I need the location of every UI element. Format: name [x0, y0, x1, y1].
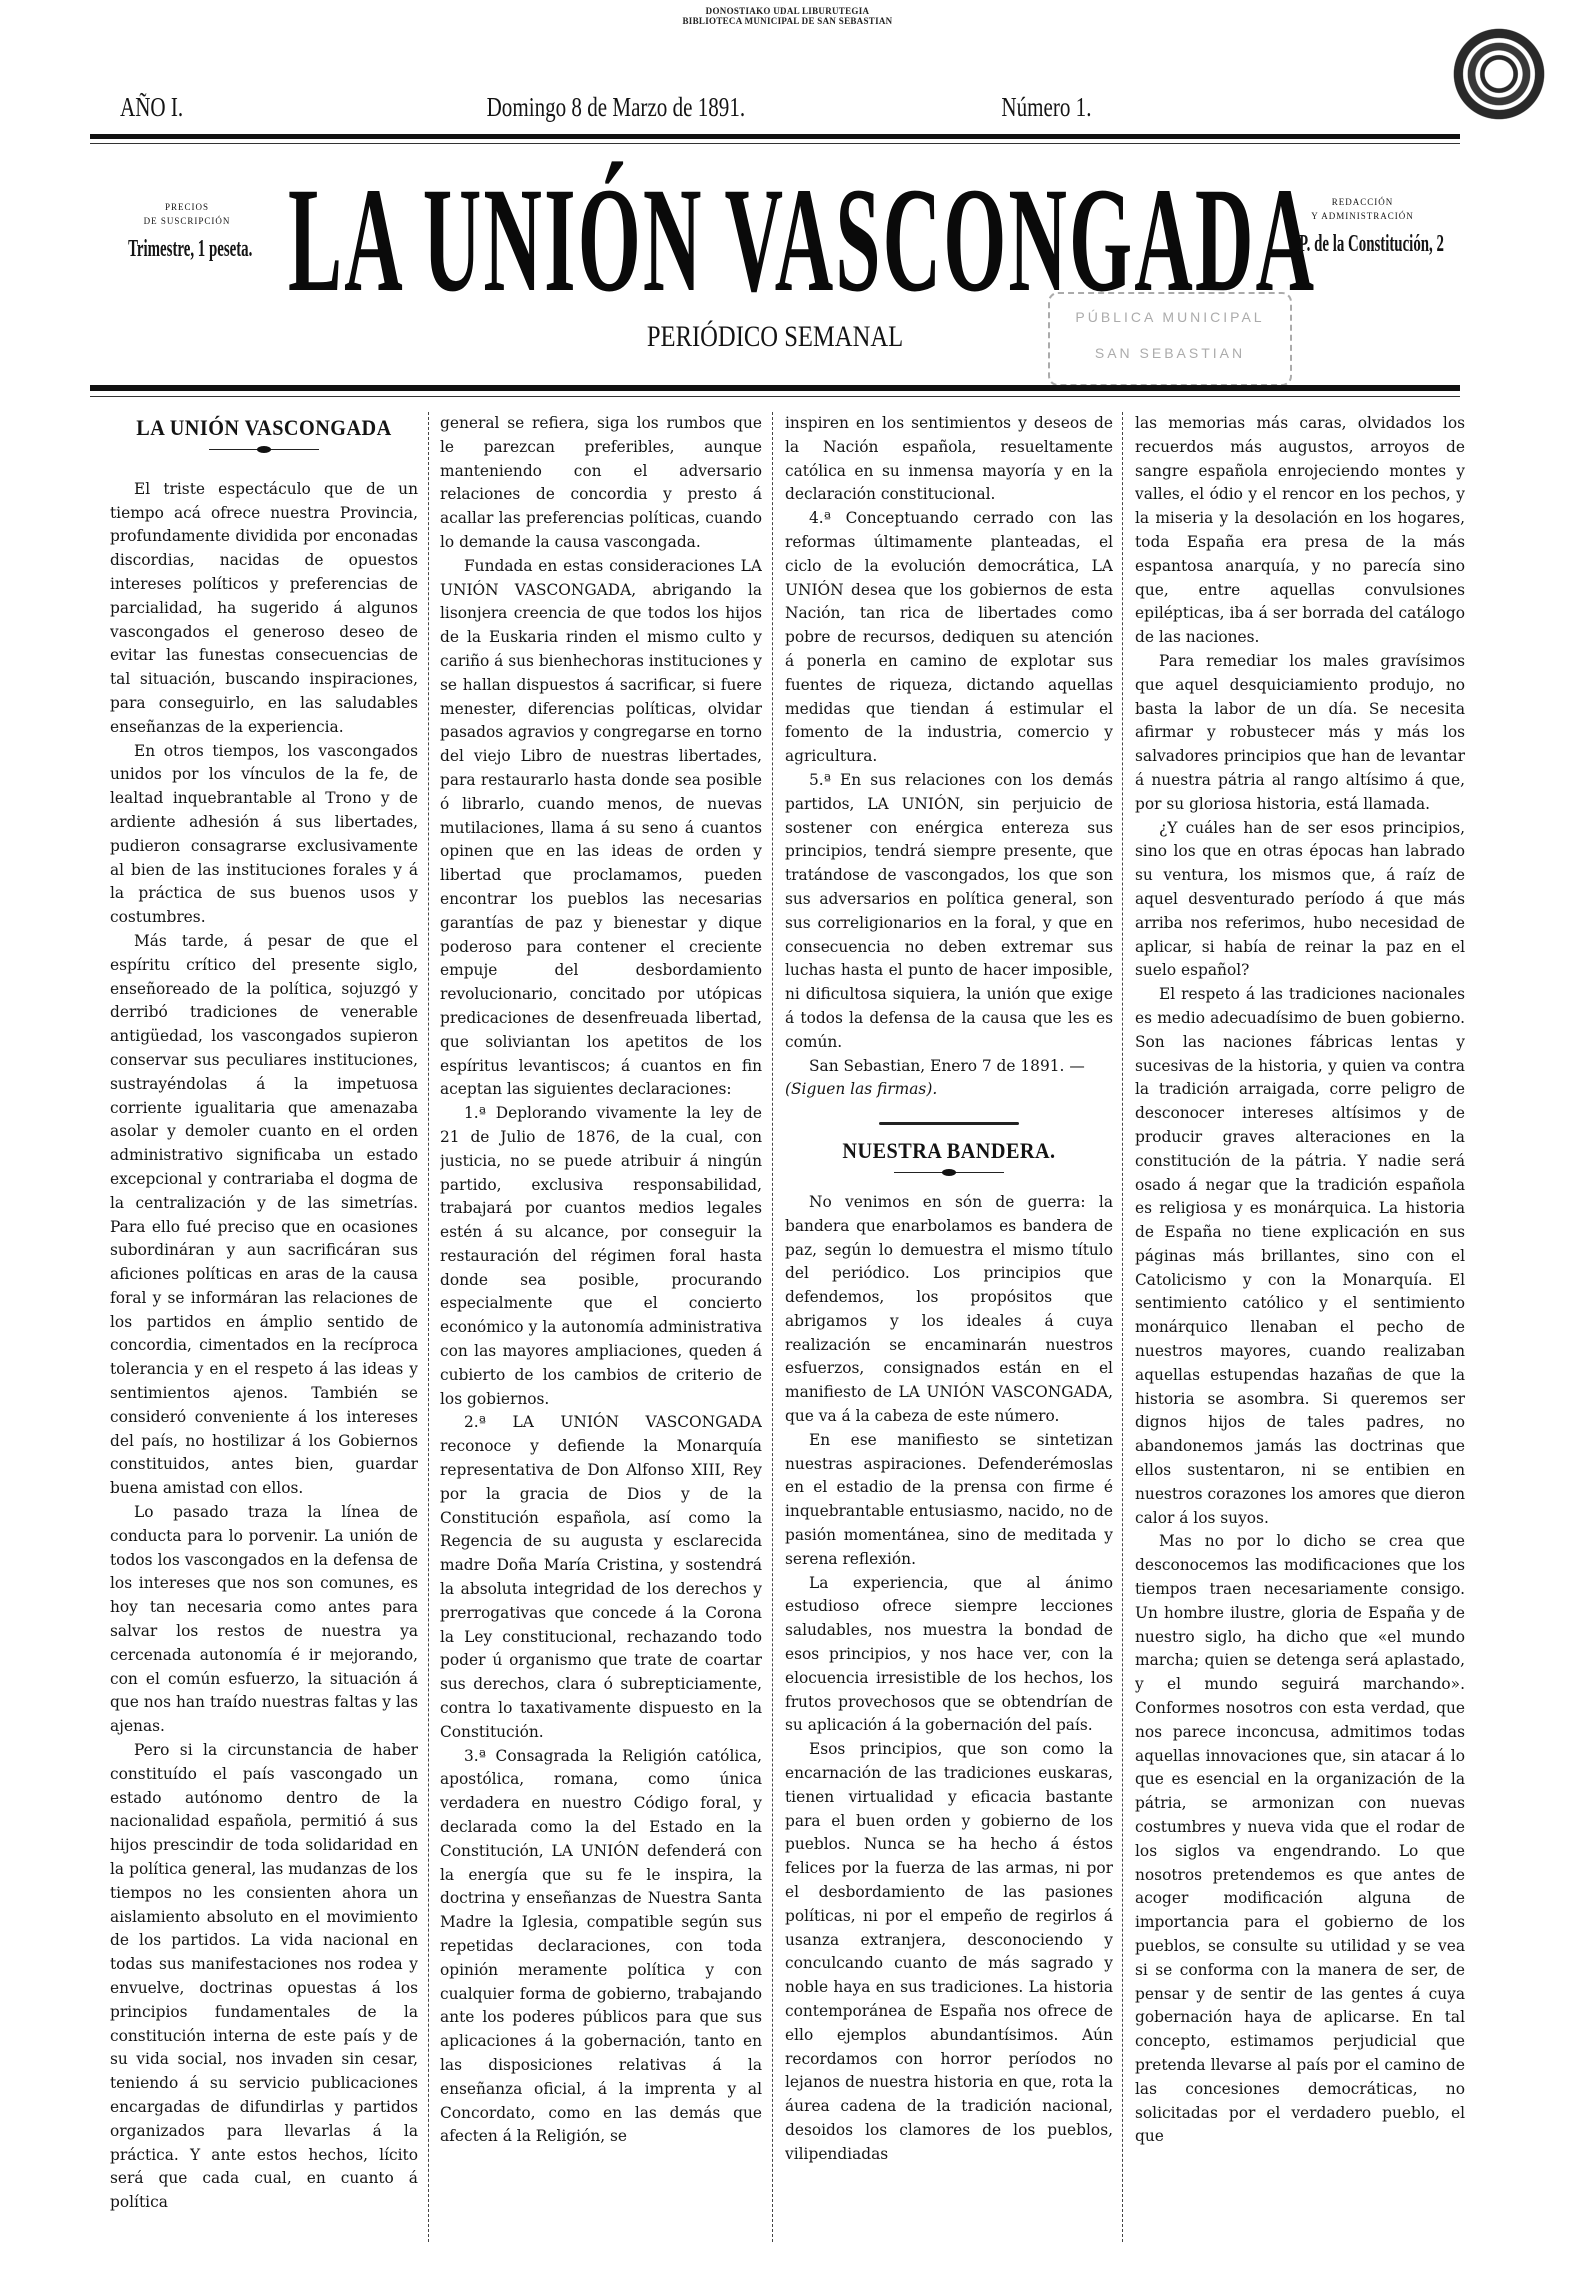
library-seal-icon — [1440, 24, 1558, 124]
subscription-price: Trimestre, 1 peseta. — [128, 236, 246, 263]
column-3: inspiren en los sentimientos y deseos de… — [785, 412, 1113, 2242]
column-1: LA UNIÓN VASCONGADA El triste espectácul… — [110, 412, 418, 2242]
paragraph: general se refiera, siga los rumbos que … — [440, 412, 762, 555]
paragraph: La experiencia, que al ánimo estudioso o… — [785, 1572, 1113, 1739]
heading-ornament-icon — [209, 446, 319, 454]
paragraph: En ese manifiesto se sintetizan nuestras… — [785, 1429, 1113, 1572]
masthead-bottom-rule-thin — [90, 396, 1460, 397]
declaration-1: 1.ª Deplorando vivamente la ley de 21 de… — [440, 1102, 762, 1411]
newspaper-title: LA UNIÓN VASCONGADA — [288, 170, 812, 310]
library-header: DONOSTIAKO UDAL LIBURUTEGIA BIBLIOTECA M… — [0, 6, 1575, 26]
manifesto-signature: San Sebastian, Enero 7 de 1891. — — [785, 1055, 1113, 1079]
paragraph: El triste espectáculo que de un tiempo a… — [110, 478, 418, 740]
issue-number: Número 1. — [1001, 92, 1091, 123]
paragraph: las memorias más caras, olvidados los re… — [1135, 412, 1465, 650]
paragraph: inspiren en los sentimientos y deseos de… — [785, 412, 1113, 507]
editorial-label: REDACCIÓN — [1260, 195, 1465, 209]
paragraph: ¿Y cuáles han de ser esos principios, si… — [1135, 817, 1465, 984]
declaration-2: 2.ª LA UNIÓN VASCONGADA reconoce y defie… — [440, 1411, 762, 1744]
paragraph: En otros tiempos, los vascongados unidos… — [110, 740, 418, 930]
stamp-line2: SAN SEBASTIAN — [1050, 342, 1290, 364]
newspaper-subtitle: PERIÓDICO SEMANAL — [632, 320, 919, 354]
column-2: general se refiera, siga los rumbos que … — [440, 412, 762, 2242]
paragraph: Más tarde, á pesar de que el espíritu cr… — [110, 930, 418, 1501]
issue-date: Domingo 8 de Marzo de 1891. — [487, 92, 746, 123]
issue-year: AÑO I. — [120, 92, 183, 123]
column-rule-1 — [428, 412, 430, 2242]
masthead-bottom-rule — [90, 385, 1460, 391]
manifesto-signature-note: (Siguen las firmas). — [785, 1078, 1113, 1102]
editorial-office-box: REDACCIÓN Y ADMINISTRACIÓN P. de la Cons… — [1260, 195, 1465, 258]
dateline: AÑO I. Domingo 8 de Marzo de 1891. Númer… — [120, 92, 1157, 132]
paragraph: Esos principios, que son como la encarna… — [785, 1738, 1113, 2166]
column-rule-3 — [1122, 412, 1124, 2242]
paragraph: Pero si la circunstancia de haber consti… — [110, 1739, 418, 2215]
top-rule-thin — [90, 143, 1460, 144]
stamp-line1: PÚBLICA MUNICIPAL — [1050, 306, 1290, 328]
bandera-heading: NUESTRA BANDERA. — [798, 1139, 1100, 1163]
subscription-box: PRECIOS DE SUSCRIPCIÓN Trimestre, 1 pese… — [92, 200, 282, 263]
subscription-sublabel: DE SUSCRIPCIÓN — [92, 214, 282, 228]
library-header-spanish: BIBLIOTECA MUNICIPAL DE SAN SEBASTIAN — [0, 16, 1575, 26]
paragraph: Fundada en estas consideraciones LA UNIÓ… — [440, 555, 762, 1102]
top-rule — [90, 134, 1460, 139]
column-4: las memorias más caras, olvidados los re… — [1135, 412, 1465, 2242]
library-stamp: PÚBLICA MUNICIPAL SAN SEBASTIAN — [1048, 292, 1292, 386]
heading-ornament-icon — [894, 1169, 1004, 1177]
column-rule-2 — [772, 412, 774, 2242]
paragraph: Para remediar los males gravísimos que a… — [1135, 650, 1465, 817]
library-header-basque: DONOSTIAKO UDAL LIBURUTEGIA — [0, 6, 1575, 16]
declaration-5: 5.ª En sus relaciones con los demás part… — [785, 769, 1113, 1055]
declaration-4: 4.ª Conceptuando cerrado con las reforma… — [785, 507, 1113, 769]
manifesto-heading: LA UNIÓN VASCONGADA — [122, 416, 405, 440]
paragraph: Mas no por lo dicho se crea que desconoc… — [1135, 1530, 1465, 2149]
editorial-sublabel: Y ADMINISTRACIÓN — [1260, 209, 1465, 223]
subscription-label: PRECIOS — [92, 200, 282, 214]
declaration-3: 3.ª Consagrada la Religión católica, apo… — [440, 1745, 762, 2150]
paragraph: No venimos en són de guerra: la bandera … — [785, 1191, 1113, 1429]
paragraph: El respeto á las tradiciones nacionales … — [1135, 983, 1465, 1530]
editorial-address: P. de la Constitución, 2 — [1299, 231, 1426, 258]
article-separator — [879, 1122, 1019, 1125]
paragraph: Lo pasado traza la línea de conducta par… — [110, 1501, 418, 1739]
